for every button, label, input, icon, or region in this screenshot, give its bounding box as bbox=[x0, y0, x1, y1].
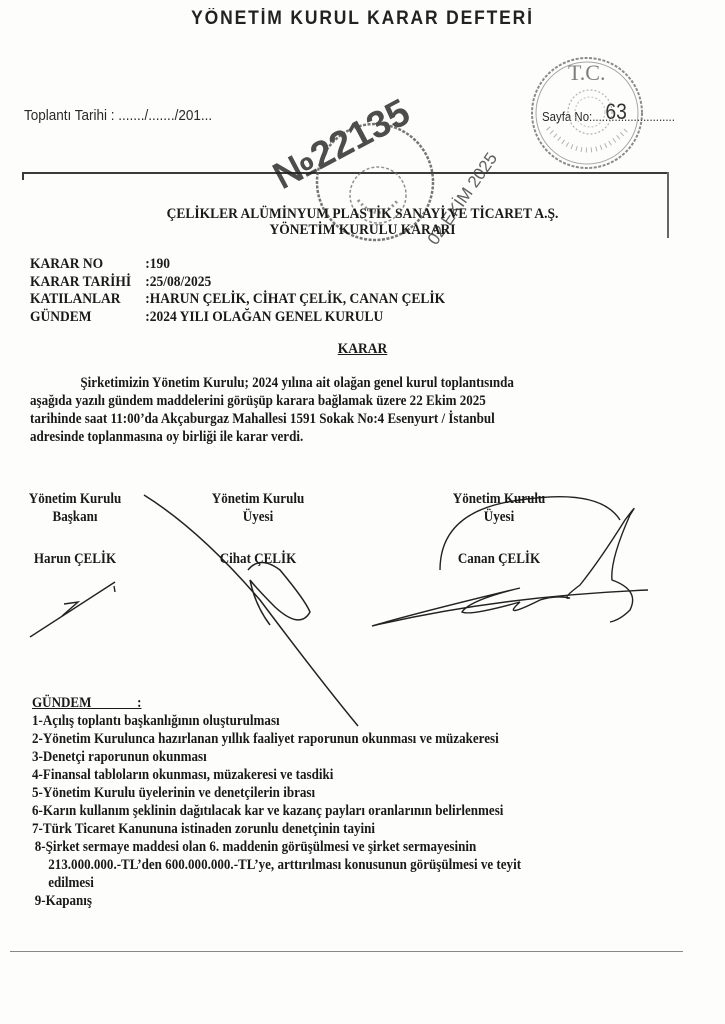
agenda-item: 7-Türk Ticaret Kanununa istinaden zorunl… bbox=[32, 820, 608, 838]
company-name: ÇELİKLER ALÜMİNYUM PLASTİK SANAYİ VE TİC… bbox=[36, 206, 689, 223]
book-title: YÖNETİM KURUL KARAR DEFTERİ bbox=[29, 8, 696, 30]
agenda-item: 9-Kapanış bbox=[32, 892, 608, 910]
info-label: GÜNDEM bbox=[30, 309, 145, 327]
agenda-item: 8-Şirket sermaye maddesi olan 6. maddeni… bbox=[32, 838, 608, 856]
signatory-role: Yönetim Kurulu bbox=[209, 490, 308, 508]
agenda-item-continuation: 213.000.000.-TL’den 600.000.000.-TL’ye, … bbox=[32, 856, 608, 874]
decision-line: aşağıda yazılı gündem maddelerini görüşü… bbox=[30, 392, 579, 410]
signatory-name: Cihat ÇELİK bbox=[209, 550, 308, 568]
agenda-item: 3-Denetçi raporunun okunması bbox=[32, 748, 608, 766]
frame-top-rule bbox=[22, 172, 668, 174]
info-label: KARAR NO bbox=[30, 256, 145, 274]
signatory-name: Harun ÇELİK bbox=[26, 550, 125, 568]
registry-number: №22135 bbox=[267, 91, 417, 198]
info-row-gundem: GÜNDEM :2024 YILI OLAĞAN GENEL KURULU bbox=[30, 309, 445, 327]
info-value: :25/08/2025 bbox=[145, 274, 211, 292]
signatory-member-2: Yönetim Kurulu Üyesi Canan ÇELİK bbox=[450, 490, 549, 568]
decision-body: Şirketimizin Yönetim Kurulu; 2024 yılına… bbox=[30, 374, 579, 446]
agenda-item: 1-Açılış toplantı başkanlığının oluşturu… bbox=[32, 712, 608, 730]
seal-tc-text: T.C. bbox=[568, 60, 605, 85]
decision-line: Şirketimizin Yönetim Kurulu; 2024 yılına… bbox=[30, 374, 579, 392]
agenda-item: 5-Yönetim Kurulu üyelerinin ve denetçile… bbox=[32, 784, 608, 802]
frame-left-tick bbox=[22, 172, 24, 180]
meeting-date-field: Toplantı Tarihi : ......./......./201... bbox=[24, 107, 212, 124]
decision-line: tarihinde saat 11:00’da Akçaburgaz Mahal… bbox=[30, 410, 579, 428]
decision-heading: KARAR bbox=[36, 341, 689, 358]
signatory-role: Yönetim Kurulu bbox=[26, 490, 125, 508]
info-value: :2024 YILI OLAĞAN GENEL KURULU bbox=[145, 309, 383, 327]
page-number-handwritten: 63 bbox=[605, 99, 627, 125]
info-row-karar-no: KARAR NO :190 bbox=[30, 256, 445, 274]
document-type: YÖNETİM KURULU KARARI bbox=[36, 222, 689, 239]
signatory-role: Yönetim Kurulu bbox=[450, 490, 549, 508]
info-value: :190 bbox=[145, 256, 170, 274]
agenda-item: 4-Finansal tabloların okunması, müzakere… bbox=[32, 766, 608, 784]
signatory-role: Üyesi bbox=[450, 508, 549, 526]
signatory-name: Canan ÇELİK bbox=[450, 550, 549, 568]
agenda-item-continuation: edilmesi bbox=[32, 874, 608, 892]
agenda-title: GÜNDEM : bbox=[32, 694, 608, 712]
decision-line: adresinde toplanmasına oy birliği ile ka… bbox=[30, 428, 579, 446]
info-value: :HARUN ÇELİK, CİHAT ÇELİK, CANAN ÇELİK bbox=[145, 291, 445, 309]
page-number-field: Sayfa No:.......................... 63 bbox=[542, 109, 675, 124]
info-label: KARAR TARİHİ bbox=[30, 274, 145, 292]
bottom-rule bbox=[10, 951, 683, 952]
agenda-item: 2-Yönetim Kurulunca hazırlanan yıllık fa… bbox=[32, 730, 608, 748]
info-row-katilanlar: KATILANLAR :HARUN ÇELİK, CİHAT ÇELİK, CA… bbox=[30, 291, 445, 309]
agenda-list: GÜNDEM : 1-Açılış toplantı başkanlığının… bbox=[32, 694, 608, 910]
signatory-role: Başkanı bbox=[26, 508, 125, 526]
agenda-item: 6-Karın kullanım şeklinin dağıtılacak ka… bbox=[32, 802, 608, 820]
signatory-role: Üyesi bbox=[209, 508, 308, 526]
signatory-chairman: Yönetim Kurulu Başkanı Harun ÇELİK bbox=[26, 490, 125, 568]
decision-info: KARAR NO :190 KARAR TARİHİ :25/08/2025 K… bbox=[30, 256, 445, 326]
info-row-karar-tarihi: KARAR TARİHİ :25/08/2025 bbox=[30, 274, 445, 292]
signatory-member-1: Yönetim Kurulu Üyesi Cihat ÇELİK bbox=[209, 490, 308, 568]
signature-harun bbox=[30, 582, 115, 637]
info-label: KATILANLAR bbox=[30, 291, 145, 309]
